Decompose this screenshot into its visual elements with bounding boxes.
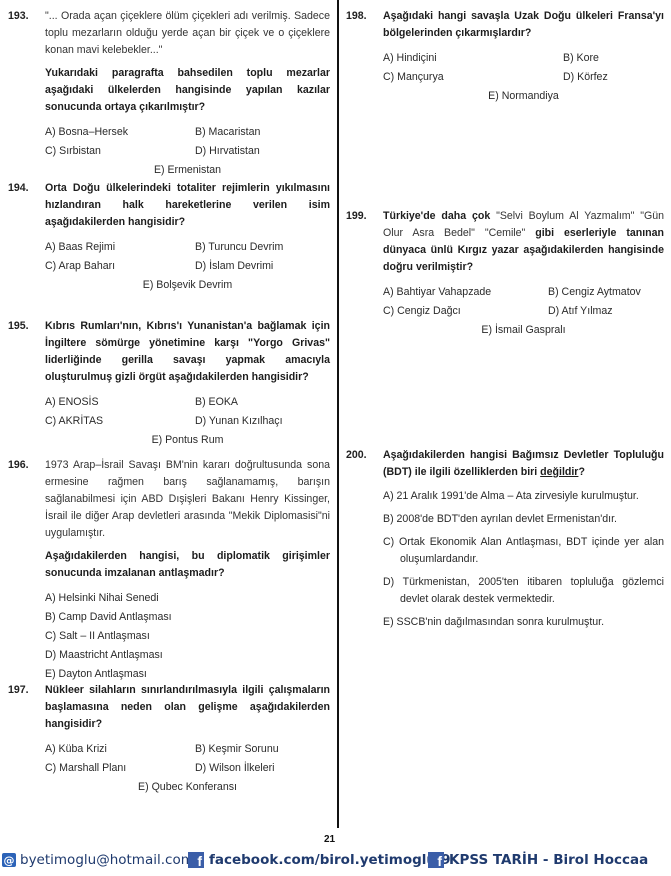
question-193: 193. "... Orada açan çiçeklere ölüm çiçe…	[8, 8, 330, 180]
option-b[interactable]: B) 2008'de BDT'den ayrılan devlet Ermeni…	[383, 511, 664, 528]
option-a[interactable]: A) Hindiçini	[383, 50, 563, 67]
question-number: 199.	[346, 208, 367, 225]
question-text: Yukarıdaki paragrafta bahsedilen toplu m…	[45, 65, 330, 116]
option-c[interactable]: C) Sırbistan	[45, 143, 195, 160]
footer: @ byetimoglu@hotmail.com f facebook.com/…	[0, 848, 671, 876]
footer-email[interactable]: @ byetimoglu@hotmail.com	[2, 852, 194, 868]
facebook-page-text[interactable]: KPSS TARİH - Birol Hoccaa	[449, 852, 648, 868]
facebook-profile-text[interactable]: facebook.com/birol.yetimoglu.9	[209, 852, 451, 868]
option-c[interactable]: C) AKRİTAS	[45, 413, 195, 430]
option-b[interactable]: B) EOKA	[195, 394, 238, 411]
facebook-icon: f	[188, 852, 204, 868]
options: A) Baas RejimiB) Turuncu Devrim C) Arap …	[45, 238, 330, 295]
question-number: 200.	[346, 447, 367, 464]
options: A) 21 Aralık 1991'de Alma – Ata zirvesiy…	[383, 488, 664, 631]
question-194: 194. Orta Doğu ülkelerindeki totaliter r…	[8, 180, 330, 295]
question-196: 196. 1973 Arap–İsrail Savaşı BM'nin kara…	[8, 457, 330, 684]
question-number: 198.	[346, 8, 367, 25]
question-text-pre: Aşağıdakilerden hangisi Bağımsız Devletl…	[383, 449, 664, 478]
option-d[interactable]: D) Körfez	[563, 69, 608, 86]
footer-facebook-profile[interactable]: f facebook.com/birol.yetimoglu.9	[188, 852, 451, 868]
option-e[interactable]: E) Pontus Rum	[45, 431, 330, 450]
option-a[interactable]: A) 21 Aralık 1991'de Alma – Ata zirvesiy…	[383, 488, 664, 505]
option-a[interactable]: A) Bahtiyar Vahapzade	[383, 284, 548, 301]
option-d[interactable]: D) Yunan Kızılhaçı	[195, 413, 283, 430]
question-number: 196.	[8, 457, 29, 474]
option-c[interactable]: C) Ortak Ekonomik Alan Antlaşması, BDT i…	[383, 534, 664, 568]
option-e[interactable]: E) Normandiya	[383, 87, 664, 106]
question-number: 195.	[8, 318, 29, 335]
option-d[interactable]: D) Maastricht Antlaşması	[45, 646, 330, 665]
option-c[interactable]: C) Cengiz Dağcı	[383, 303, 548, 320]
options: A) Bahtiyar VahapzadeB) Cengiz Aytmatov …	[383, 283, 664, 340]
question-text: Kıbrıs Rumları'nın, Kıbrıs'ı Yunanistan'…	[45, 318, 330, 386]
option-e[interactable]: E) Bolşevik Devrim	[45, 276, 330, 295]
question-199: 199. Türkiye'de daha çok "Selvi Boylum A…	[346, 208, 664, 340]
options: A) Helsinki Nihai Senedi B) Camp David A…	[45, 589, 330, 684]
option-c[interactable]: C) Mançurya	[383, 69, 563, 86]
question-197: 197. Nükleer silahların sınırlandırılmas…	[8, 682, 330, 797]
question-text-post: ?	[578, 466, 584, 478]
question-200: 200. Aşağıdakilerden hangisi Bağımsız De…	[346, 447, 664, 637]
email-at-icon: @	[2, 853, 16, 867]
question-number: 194.	[8, 180, 29, 197]
option-c[interactable]: C) Marshall Planı	[45, 760, 195, 777]
option-d[interactable]: D) Hırvatistan	[195, 143, 260, 160]
option-b[interactable]: B) Macaristan	[195, 124, 260, 141]
email-text[interactable]: byetimoglu@hotmail.com	[20, 852, 194, 868]
option-b[interactable]: B) Keşmir Sorunu	[195, 741, 279, 758]
column-divider	[337, 0, 339, 828]
option-b[interactable]: B) Cengiz Aytmatov	[548, 284, 641, 301]
question-stem: 1973 Arap–İsrail Savaşı BM'nin kararı do…	[45, 457, 330, 542]
option-a[interactable]: A) Bosna–Hersek	[45, 124, 195, 141]
option-c[interactable]: C) Salt – II Antlaşması	[45, 627, 330, 646]
option-b[interactable]: B) Turuncu Devrim	[195, 239, 283, 256]
question-text: Aşağıdakilerden hangisi Bağımsız Devletl…	[383, 447, 664, 481]
option-a[interactable]: A) Baas Rejimi	[45, 239, 195, 256]
option-e[interactable]: E) Ermenistan	[45, 161, 330, 180]
question-text: Aşağıdaki hangi savaşla Uzak Doğu ülkele…	[383, 8, 664, 42]
option-c[interactable]: C) Arap Baharı	[45, 258, 195, 275]
question-text: Orta Doğu ülkelerindeki totaliter rejiml…	[45, 180, 330, 231]
option-d[interactable]: D) Wilson İlkeleri	[195, 760, 274, 777]
option-b[interactable]: B) Kore	[563, 50, 599, 67]
option-d[interactable]: D) İslam Devrimi	[195, 258, 273, 275]
options: A) HindiçiniB) Kore C) MançuryaD) Körfez…	[383, 49, 664, 106]
option-d[interactable]: D) Atıf Yılmaz	[548, 303, 613, 320]
question-198: 198. Aşağıdaki hangi savaşla Uzak Doğu ü…	[346, 8, 664, 106]
option-a[interactable]: A) Küba Krizi	[45, 741, 195, 758]
question-number: 197.	[8, 682, 29, 699]
question-number: 193.	[8, 8, 29, 25]
option-a[interactable]: A) Helsinki Nihai Senedi	[45, 589, 330, 608]
question-text: Nükleer silahların sınırlandırılmasıyla …	[45, 682, 330, 733]
question-stem: "... Orada açan çiçeklere ölüm çiçekleri…	[45, 8, 330, 59]
footer-facebook-page[interactable]: f KPSS TARİH - Birol Hoccaa	[428, 852, 648, 868]
question-text: Türkiye'de daha çok "Selvi Boylum Al Yaz…	[383, 208, 664, 276]
option-e[interactable]: E) İsmail Gaspralı	[383, 321, 664, 340]
facebook-icon: f	[428, 852, 444, 868]
question-text-part1: Türkiye'de daha çok	[383, 210, 490, 222]
option-b[interactable]: B) Camp David Antlaşması	[45, 608, 330, 627]
question-negation: değildir	[540, 466, 578, 478]
page-number: 21	[324, 834, 335, 845]
option-d[interactable]: D) Türkmenistan, 2005'ten itibaren toplu…	[383, 574, 664, 608]
question-195: 195. Kıbrıs Rumları'nın, Kıbrıs'ı Yunani…	[8, 318, 330, 450]
option-e[interactable]: E) Qubec Konferansı	[45, 778, 330, 797]
option-e[interactable]: E) SSCB'nin dağılmasından sonra kurulmuş…	[383, 614, 664, 631]
options: A) Bosna–HersekB) Macaristan C) Sırbista…	[45, 123, 330, 180]
question-text: Aşağıdakilerden hangisi, bu diplomatik g…	[45, 548, 330, 582]
option-a[interactable]: A) ENOSİS	[45, 394, 195, 411]
options: A) Küba KriziB) Keşmir Sorunu C) Marshal…	[45, 740, 330, 797]
options: A) ENOSİSB) EOKA C) AKRİTASD) Yunan Kızı…	[45, 393, 330, 450]
